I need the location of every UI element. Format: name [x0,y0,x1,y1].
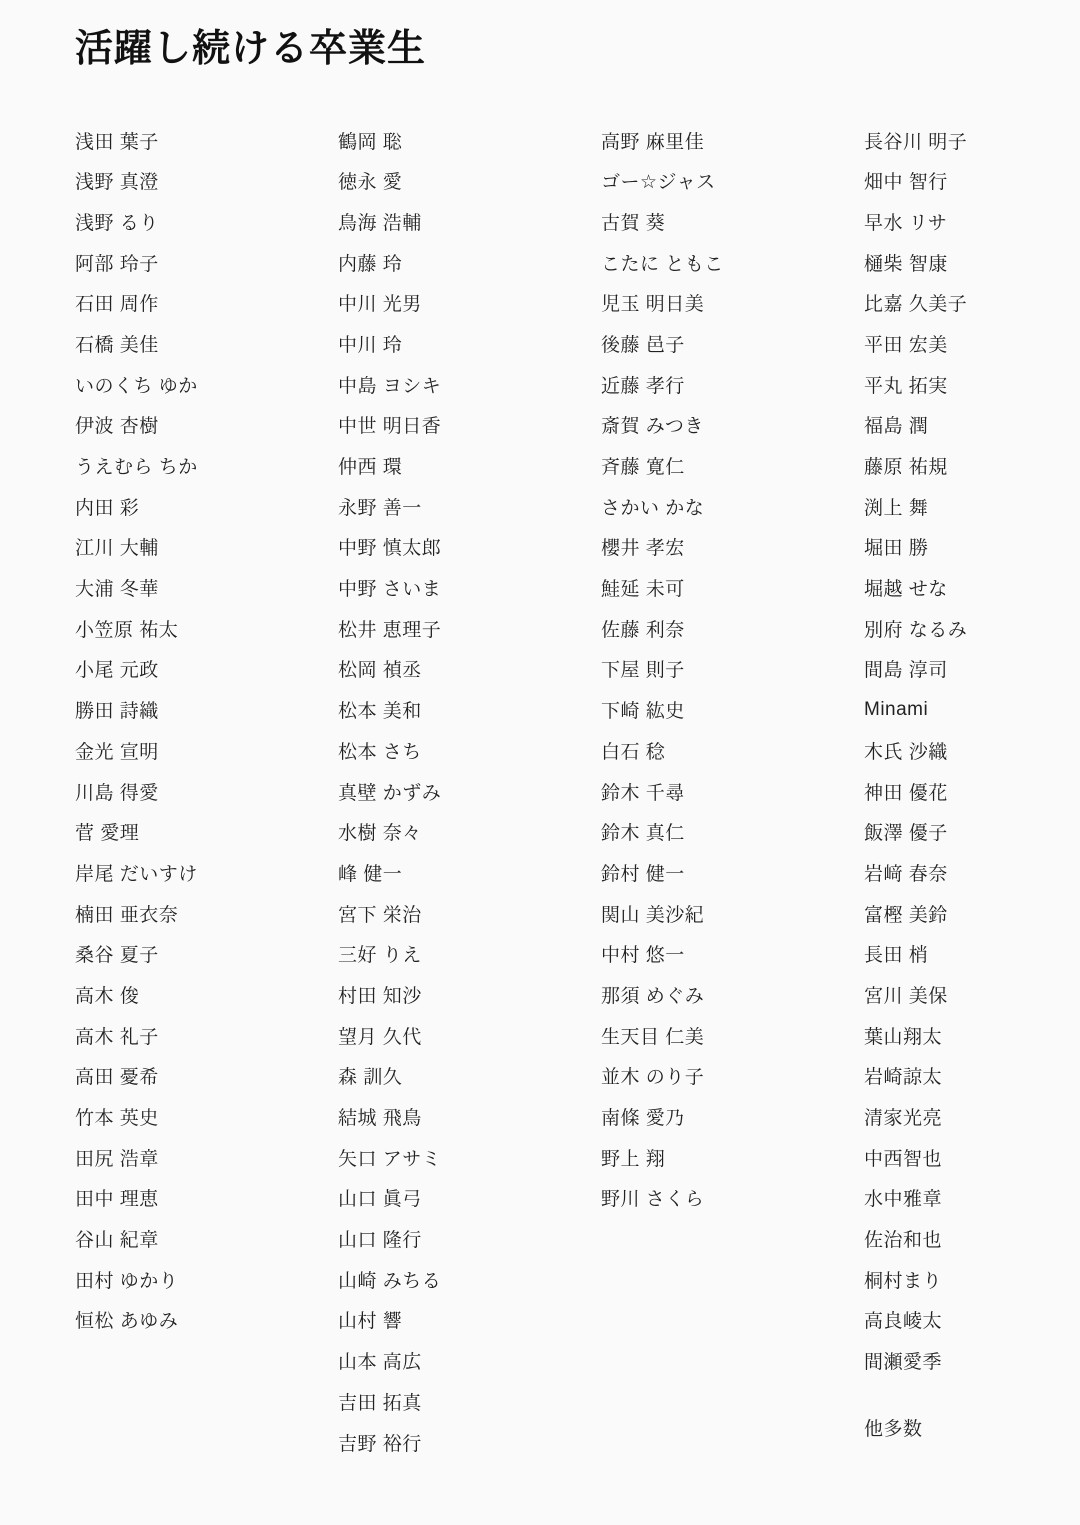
graduate-name: 松本 さち [338,730,601,771]
graduate-name: 下屋 則子 [601,649,864,690]
graduate-name: 佐藤 利奈 [601,608,864,649]
graduate-name: 畑中 智行 [864,160,1080,201]
graduate-name: 川島 得愛 [75,771,338,812]
graduate-name: 近藤 孝行 [601,364,864,405]
graduate-name: 下崎 紘史 [601,689,864,730]
graduate-name: 山崎 みちる [338,1259,601,1300]
graduate-name: 飯澤 優子 [864,811,1080,852]
graduate-name: 櫻井 孝宏 [601,527,864,568]
graduate-name: 伊波 杏樹 [75,405,338,446]
graduate-name: 南條 愛乃 [601,1096,864,1137]
graduate-name: 小尾 元政 [75,649,338,690]
graduate-name: 中世 明日香 [338,405,601,446]
graduate-name: 内藤 玲 [338,242,601,283]
graduate-name: 鮭延 未可 [601,567,864,608]
graduate-name: 大浦 冬華 [75,567,338,608]
graduate-name: 桑谷 夏子 [75,933,338,974]
graduate-name: 福島 潤 [864,405,1080,446]
graduate-name: Minami [864,689,1080,730]
graduate-name: 山本 高広 [338,1340,601,1381]
graduates-column-2: 鶴岡 聡徳永 愛鳥海 浩輔内藤 玲中川 光男中川 玲中島 ヨシキ中世 明日香仲西… [338,120,601,1463]
graduate-name: 鈴木 真仁 [601,811,864,852]
graduate-name: 野上 翔 [601,1137,864,1178]
graduate-name: 水中雅章 [864,1178,1080,1219]
graduates-column-4-names: 長谷川 明子畑中 智行早水 リサ樋柴 智康比嘉 久美子平田 宏美平丸 拓実福島 … [864,120,1080,1381]
graduate-name: 高木 礼子 [75,1015,338,1056]
graduate-name: 清家光亮 [864,1096,1080,1137]
others-note: 他多数 [864,1407,1080,1448]
graduate-name: 中川 玲 [338,323,601,364]
graduate-name: 三好 りえ [338,933,601,974]
graduate-name: 高良崚太 [864,1300,1080,1341]
graduate-name: 永野 善一 [338,486,601,527]
graduate-name: 神田 優花 [864,771,1080,812]
graduate-name: 堀田 勝 [864,527,1080,568]
graduate-name: 田村 ゆかり [75,1259,338,1300]
graduate-name: 渕上 舞 [864,486,1080,527]
graduate-name: 富樫 美鈴 [864,893,1080,934]
graduate-name: 真壁 かずみ [338,771,601,812]
graduate-name: 岩崎諒太 [864,1056,1080,1097]
graduate-name: 岩﨑 春奈 [864,852,1080,893]
graduate-name: 勝田 詩織 [75,689,338,730]
graduate-name: 葉山翔太 [864,1015,1080,1056]
graduates-column-1: 浅田 葉子浅野 真澄浅野 るり阿部 玲子石田 周作石橋 美佳いのくち ゆか伊波 … [75,120,338,1463]
graduate-name: 関山 美沙紀 [601,893,864,934]
graduate-name: 森 訓久 [338,1056,601,1097]
graduate-name: 藤原 祐規 [864,445,1080,486]
graduate-name: ゴー☆ジャス [601,160,864,201]
graduates-column-3: 高野 麻里佳ゴー☆ジャス古賀 葵こたに ともこ児玉 明日美後藤 邑子近藤 孝行斎… [601,120,864,1463]
graduate-name: 結城 飛鳥 [338,1096,601,1137]
graduate-name: 浅田 葉子 [75,120,338,161]
graduate-name: 白石 稔 [601,730,864,771]
graduate-name: 仲西 環 [338,445,601,486]
graduate-name: 中島 ヨシキ [338,364,601,405]
graduate-name: 比嘉 久美子 [864,282,1080,323]
graduate-name: 早水 リサ [864,201,1080,242]
graduate-name: 徳永 愛 [338,160,601,201]
graduate-name: 中野 さいま [338,567,601,608]
graduate-name: 児玉 明日美 [601,282,864,323]
graduate-name: 田中 理恵 [75,1178,338,1219]
graduate-name: 鈴木 千尋 [601,771,864,812]
graduate-name: 水樹 奈々 [338,811,601,852]
graduate-name: 金光 宣明 [75,730,338,771]
graduate-name: 別府 なるみ [864,608,1080,649]
graduate-name: 後藤 邑子 [601,323,864,364]
graduate-name: 長田 梢 [864,933,1080,974]
graduate-name: 宮下 栄治 [338,893,601,934]
graduate-name: 斎賀 みつき [601,405,864,446]
graduate-name: 内田 彩 [75,486,338,527]
graduate-name: うえむら ちか [75,445,338,486]
graduate-name: 中野 慎太郎 [338,527,601,568]
graduate-name: 矢口 アサミ [338,1137,601,1178]
graduate-name: 吉野 裕行 [338,1422,601,1463]
graduate-name: 松本 美和 [338,689,601,730]
graduate-name: 田尻 浩章 [75,1137,338,1178]
graduate-name: 中川 光男 [338,282,601,323]
graduates-column-2-names: 鶴岡 聡徳永 愛鳥海 浩輔内藤 玲中川 光男中川 玲中島 ヨシキ中世 明日香仲西… [338,120,601,1463]
graduate-name: 高木 俊 [75,974,338,1015]
graduate-name: 松岡 禎丞 [338,649,601,690]
graduate-name: 野川 さくら [601,1178,864,1219]
graduate-name: 小笠原 祐太 [75,608,338,649]
graduate-name: 桐村まり [864,1259,1080,1300]
graduate-name: いのくち ゆか [75,364,338,405]
graduate-name: 古賀 葵 [601,201,864,242]
graduate-name: 楠田 亜衣奈 [75,893,338,934]
graduate-name: 生天目 仁美 [601,1015,864,1056]
graduates-list: 浅田 葉子浅野 真澄浅野 るり阿部 玲子石田 周作石橋 美佳いのくち ゆか伊波 … [75,120,1080,1463]
graduate-name: 村田 知沙 [338,974,601,1015]
graduate-name: 菅 愛理 [75,811,338,852]
graduates-column-3-names: 高野 麻里佳ゴー☆ジャス古賀 葵こたに ともこ児玉 明日美後藤 邑子近藤 孝行斎… [601,120,864,1219]
graduate-name: 山口 眞弓 [338,1178,601,1219]
graduate-name: 間島 淳司 [864,649,1080,690]
graduate-name: 並木 のり子 [601,1056,864,1097]
graduate-name: 望月 久代 [338,1015,601,1056]
graduates-page: 活躍し続ける卒業生 浅田 葉子浅野 真澄浅野 るり阿部 玲子石田 周作石橋 美佳… [0,0,1080,1525]
graduate-name: 江川 大輔 [75,527,338,568]
graduate-name: 樋柴 智康 [864,242,1080,283]
graduate-name: 浅野 るり [75,201,338,242]
graduate-name: 間瀬愛季 [864,1340,1080,1381]
graduate-name: 石橋 美佳 [75,323,338,364]
graduate-name: 鈴村 健一 [601,852,864,893]
graduate-name: 平丸 拓実 [864,364,1080,405]
graduate-name: 斉藤 寛仁 [601,445,864,486]
graduate-name: 竹本 英史 [75,1096,338,1137]
graduate-name: さかい かな [601,486,864,527]
graduate-name: 堀越 せな [864,567,1080,608]
graduate-name: 山村 響 [338,1300,601,1341]
graduate-name: 那須 めぐみ [601,974,864,1015]
graduate-name: 恒松 あゆみ [75,1300,338,1341]
graduate-name: 岸尾 だいすけ [75,852,338,893]
graduate-name: 宮川 美保 [864,974,1080,1015]
graduate-name: 山口 隆行 [338,1218,601,1259]
graduate-name: 峰 健一 [338,852,601,893]
graduate-name: 長谷川 明子 [864,120,1080,161]
graduate-name: 佐治和也 [864,1218,1080,1259]
graduate-name: 浅野 真澄 [75,160,338,201]
page-title: 活躍し続ける卒業生 [75,28,1080,72]
graduate-name: 鶴岡 聡 [338,120,601,161]
graduate-name: 中西智也 [864,1137,1080,1178]
graduate-name: 平田 宏美 [864,323,1080,364]
graduate-name: 鳥海 浩輔 [338,201,601,242]
graduate-name: こたに ともこ [601,242,864,283]
graduate-name: 阿部 玲子 [75,242,338,283]
graduate-name: 高野 麻里佳 [601,120,864,161]
graduates-column-1-names: 浅田 葉子浅野 真澄浅野 るり阿部 玲子石田 周作石橋 美佳いのくち ゆか伊波 … [75,120,338,1341]
graduate-name: 谷山 紀章 [75,1218,338,1259]
graduate-name: 中村 悠一 [601,933,864,974]
graduates-column-4: 長谷川 明子畑中 智行早水 リサ樋柴 智康比嘉 久美子平田 宏美平丸 拓実福島 … [864,120,1080,1463]
graduate-name: 木氏 沙織 [864,730,1080,771]
graduate-name: 松井 恵理子 [338,608,601,649]
graduate-name: 石田 周作 [75,282,338,323]
graduate-name: 吉田 拓真 [338,1381,601,1422]
graduate-name: 高田 憂希 [75,1056,338,1097]
